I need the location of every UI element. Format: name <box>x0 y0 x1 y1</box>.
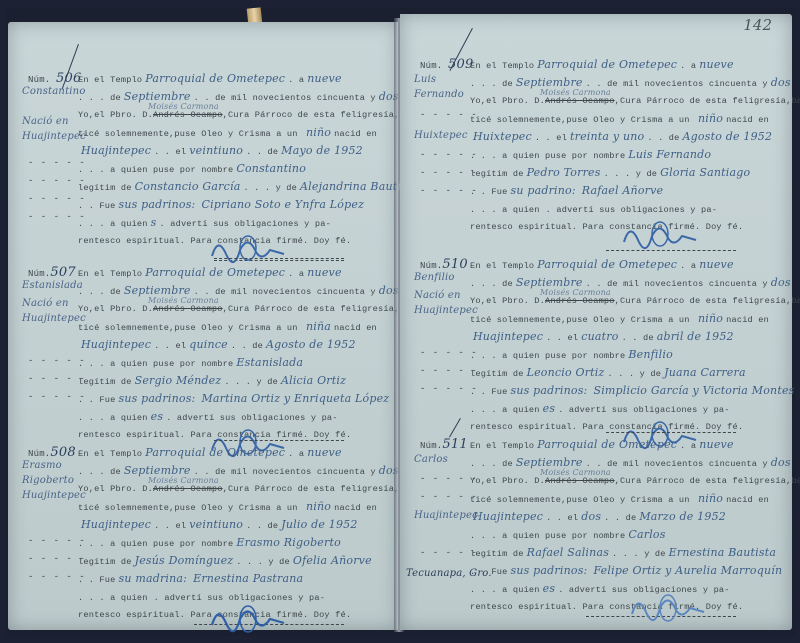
margin-name: Estanislada <box>22 278 76 293</box>
form-line-parents: legítim dePedro Torres. . . y deGloria S… <box>470 166 784 180</box>
form-line-obligations: . . . a quienes. advertí sus obligacione… <box>78 410 390 424</box>
margin-note: Huajintepec <box>22 488 76 503</box>
margin-dashes: - - - - - <box>28 572 86 582</box>
form-line-priest: Yo,el Pbro. D.Andrés Ocampo,Cura Párroco… <box>470 474 784 488</box>
margin-name: Benfilio <box>414 270 468 285</box>
form-line-name: . . . a quien puse por nombreEstanislada <box>78 356 390 370</box>
margin-dashes: - - - - - <box>28 176 86 186</box>
margin-dashes: - - - - - <box>420 384 478 394</box>
form-line-godparents: . . Fuesus padrinos:Simplicio García y V… <box>470 384 784 398</box>
margin-dashes: - - - - - <box>420 348 478 358</box>
open-register-book: Núm. 506 Constantino Nació en Huajintepe… <box>6 8 796 636</box>
margin-dashes: - - - - - <box>420 186 478 196</box>
form-line-parents: legítim deLeoncio Ortiz. . . y deJuana C… <box>470 366 784 380</box>
left-page: Núm. 506 Constantino Nació en Huajintepe… <box>8 22 398 630</box>
form-line-godparents: . . Fuesus padrinos:Felipe Ortiz y Aurel… <box>470 564 784 578</box>
margin-dashes: - - - - - <box>420 548 478 558</box>
form-line-priest: Yo,el Pbro. D.Andrés Ocampo,Cura Párroco… <box>470 94 784 108</box>
margin-dashes: - - - - - <box>420 110 478 120</box>
margin-dashes: - - - - - <box>28 536 86 546</box>
form-line-godparents: . . Fuesus padrinos:Martina Ortiz y Enri… <box>78 392 390 406</box>
margin-dashes: - - - - - <box>28 392 86 402</box>
priest-signature <box>208 601 288 635</box>
form-line-rite: ticé solemnemente,puse Oleo y Crisma a u… <box>78 320 390 334</box>
record-number: Núm. 509 <box>420 58 473 73</box>
form-line-priest: Yo,el Pbro. D.Andrés Ocampo,Cura Párroco… <box>78 302 390 316</box>
margin-name: Constantino <box>22 84 76 99</box>
form-line-name: . . . a quien puse por nombreConstantino <box>78 162 390 176</box>
margin-note: Huixtepec <box>414 128 468 143</box>
margin-dashes: - - - - - <box>420 492 478 502</box>
form-line-birth: Huajintepec. . elveintiuno. . deMayo de … <box>78 144 390 158</box>
margin-name: Erasmo Rigoberto <box>22 458 76 488</box>
signature-line <box>606 432 736 433</box>
form-line-parents: legítim deJesús Domínguez. . . y deOfeli… <box>78 554 390 568</box>
right-page: 142 Núm. 509 Luis Fernando Huixtepec - -… <box>400 14 792 630</box>
form-line-date: . . . deSeptiembre. . de mil novecientos… <box>78 464 390 478</box>
form-line-birth: Huajintepec. . elveintiuno. . deJulio de… <box>78 518 390 532</box>
margin-note: Huajintepec <box>414 508 468 523</box>
form-line-birth: Huajintepec. . elcuatro. . deabril de 19… <box>470 330 784 344</box>
margin-check-mark <box>449 418 461 438</box>
form-line-date: . . . deSeptiembre. . de mil novecientos… <box>78 284 390 298</box>
margin-dashes: - - - - - <box>28 158 86 168</box>
margin-dashes: - - - - - <box>420 366 478 376</box>
margin-note: Nació en Huajintepec <box>414 288 468 318</box>
form-line-priest: Yo,el Pbro. D.Andrés Ocampo,Cura Párroco… <box>470 294 784 308</box>
form-line-attestation: rentesco espiritual. Para constancia fir… <box>470 600 784 614</box>
folio-number: 142 <box>743 16 772 34</box>
signature-line <box>214 258 344 259</box>
margin-note: Nació en Huajintepec <box>22 114 76 144</box>
margin-name: Carlos <box>414 452 468 467</box>
form-line-rite: ticé solemnemente,puse Oleo y Crisma a u… <box>78 126 390 140</box>
form-line-rite: ticé solemnemente,puse Oleo y Crisma a u… <box>78 500 390 514</box>
form-line-obligations: . . . a quien. advertí sus obligaciones … <box>470 202 784 216</box>
form-line-templo: En el TemploParroquial de Ometepec. anue… <box>470 438 784 452</box>
form-line-date: . . . deSeptiembre. . de mil novecientos… <box>470 456 784 470</box>
priest-signature <box>620 218 700 252</box>
form-line-obligations: . . . a quiens. advertí sus obligaciones… <box>78 216 390 230</box>
form-line-priest: Yo,el Pbro. D.Andrés Ocampo,Cura Párroco… <box>78 108 390 122</box>
margin-dashes: - - - - - <box>420 474 478 484</box>
form-line-godparents: . . Fuesus padrinos:Cipriano Soto e Ynfr… <box>78 198 390 212</box>
margin-dashes: - - - - - <box>28 212 86 222</box>
form-line-name: . . . a quien puse por nombreErasmo Rigo… <box>78 536 390 550</box>
form-line-priest: Yo,el Pbro. D.Andrés Ocampo,Cura Párroco… <box>78 482 390 496</box>
form-line-templo: En el TemploParroquial de Ometepec. anue… <box>78 446 390 460</box>
form-line-templo: En el TemploParroquial de Ometepec. anue… <box>470 58 784 72</box>
record-number: Núm.511 <box>420 438 468 453</box>
form-line-name: . . . a quien puse por nombreBenfilio <box>470 348 784 362</box>
margin-dashes: - - - - - <box>420 150 478 160</box>
signature-line <box>606 250 736 251</box>
margin-dashes: - - - - - <box>28 374 86 384</box>
form-line-parents: legítim deSergio Méndez. . . y deAlicia … <box>78 374 390 388</box>
form-line-obligations: . . . a quienes. advertí sus obligacione… <box>470 402 784 416</box>
form-line-parents: legítim deConstancio García. . . y deAle… <box>78 180 390 194</box>
form-line-rite: ticé solemnemente,puse Oleo y Crisma a u… <box>470 492 784 506</box>
form-line-birth: Huajintepec. . elquince. . deAgosto de 1… <box>78 338 390 352</box>
form-line-godparents: . . Fuesu padrino:Rafael Añorve <box>470 184 784 198</box>
form-line-birth: Huixtepec. . eltreinta y uno. . deAgosto… <box>470 130 784 144</box>
margin-dashes: - - - - - <box>28 356 86 366</box>
form-line-templo: En el TemploParroquial de Ometepec. anue… <box>78 266 390 280</box>
form-line-rite: ticé solemnemente,puse Oleo y Crisma a u… <box>470 112 784 126</box>
form-line-godparents: . . Fuesu madrina:Ernestina Pastrana <box>78 572 390 586</box>
form-line-name: . . . a quien puse por nombreCarlos <box>470 528 784 542</box>
margin-dashes: - - - - - <box>28 554 86 564</box>
form-line-rite: ticé solemnemente,puse Oleo y Crisma a u… <box>470 312 784 326</box>
form-line-templo: En el TemploParroquial de Ometepec. anue… <box>78 72 390 86</box>
priest-signature <box>628 590 708 624</box>
form-line-date: . . . deSeptiembre. . de mil novecientos… <box>470 276 784 290</box>
margin-dashes: - - - - - <box>420 168 478 178</box>
priest-signature <box>208 232 288 266</box>
form-line-date: . . . deSeptiembre. . de mil novecientos… <box>470 76 784 90</box>
form-line-name: . . . a quien puse por nombreLuis Fernan… <box>470 148 784 162</box>
margin-note: Nació en Huajintepec <box>22 296 76 326</box>
form-line-date: . . . deSeptiembre. . de mil novecientos… <box>78 90 390 104</box>
margin-dashes: - - - - - <box>28 194 86 204</box>
margin-name: Luis Fernando <box>414 72 468 102</box>
form-line-birth: Huajintepec. . eldos. . deMarzo de 1952 <box>470 510 784 524</box>
signature-line <box>214 440 344 441</box>
form-line-parents: legítim deRafael Salinas. . . y deErnest… <box>470 546 784 560</box>
form-line-obligations: . . . a quienes. advertí sus obligacione… <box>470 582 784 596</box>
form-line-templo: En el TemploParroquial de Ometepec. anue… <box>470 258 784 272</box>
